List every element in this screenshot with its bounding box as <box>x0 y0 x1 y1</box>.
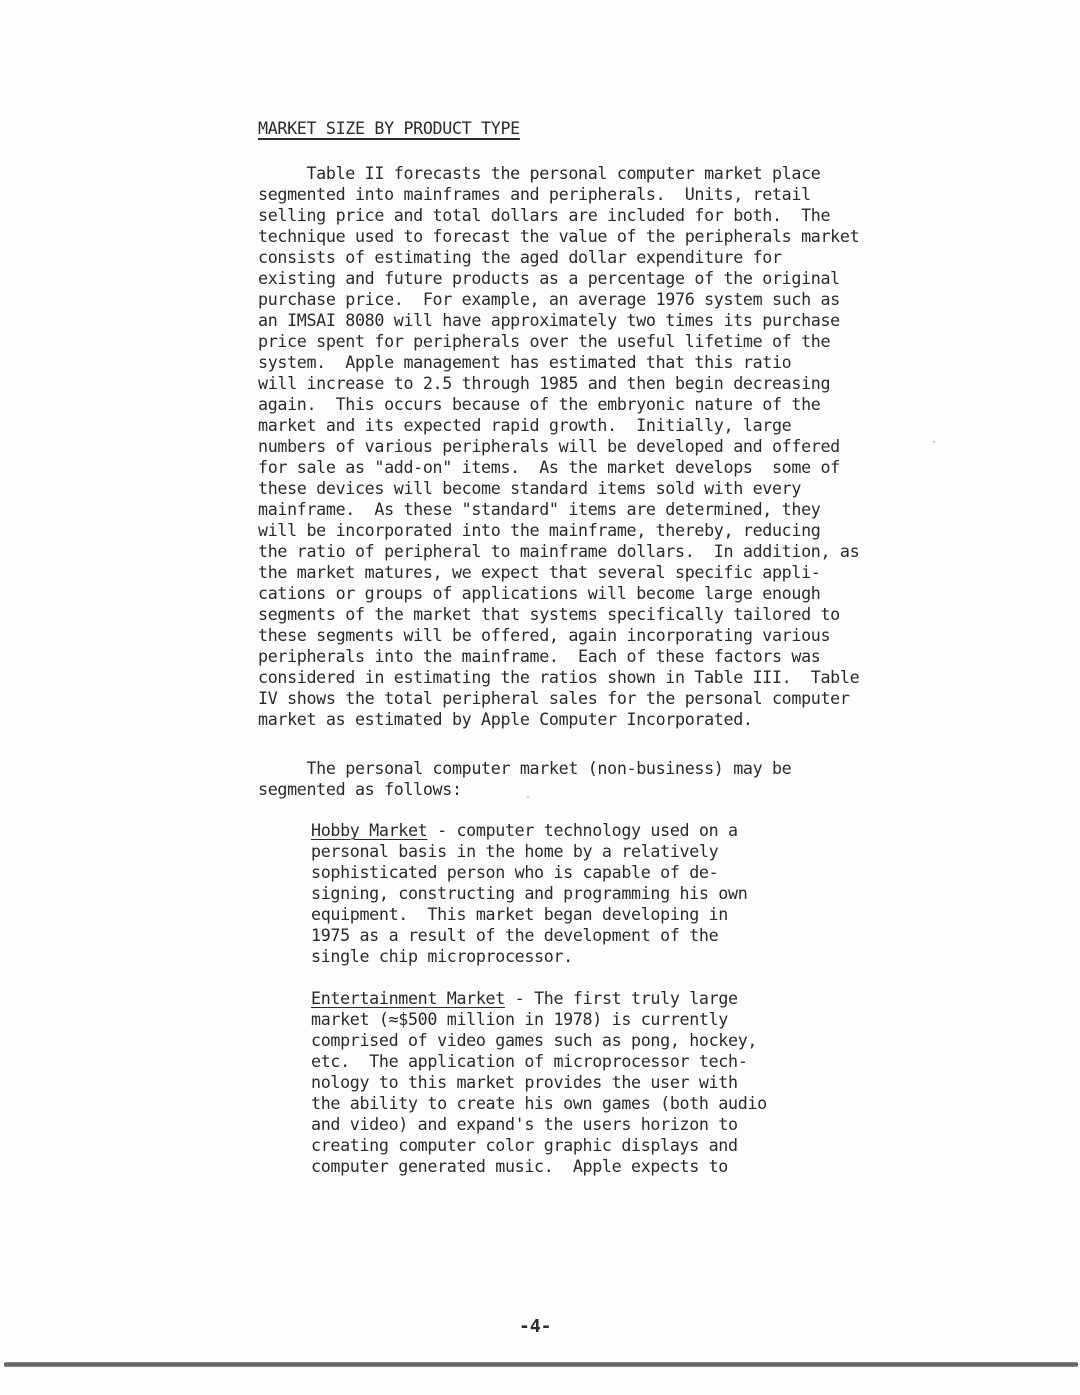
text-line: sophisticated person who is capable of d… <box>311 863 718 884</box>
text-line: cations or groups of applications will b… <box>258 584 820 605</box>
text-line: market as estimated by Apple Computer In… <box>258 710 753 731</box>
hobby-market-definition-start: - computer technology used on a <box>427 821 737 841</box>
text-line: 1975 as a result of the development of t… <box>311 926 718 947</box>
text-line: the ability to create his own games (bot… <box>311 1094 767 1115</box>
document-page: MARKET SIZE BY PRODUCT TYPE Table II for… <box>0 0 1080 1395</box>
text-line: mainframe. As these "standard" items are… <box>258 500 820 521</box>
text-line: selling price and total dollars are incl… <box>258 206 830 227</box>
text-line: market and its expected rapid growth. In… <box>258 416 791 437</box>
text-line: equipment. This market began developing … <box>311 905 728 926</box>
page-number: -4- <box>519 1316 552 1337</box>
text-line: single chip microprocessor. <box>311 947 573 968</box>
text-line: The personal computer market (non-busine… <box>258 759 791 780</box>
text-line: price spent for peripherals over the use… <box>258 332 830 353</box>
text-line: technique used to forecast the value of … <box>258 227 859 248</box>
text-line: market (≈$500 million in 1978) is curren… <box>311 1010 728 1031</box>
text-line: creating computer color graphic displays… <box>311 1136 738 1157</box>
text-line: purchase price. For example, an average … <box>258 290 840 311</box>
text-line: consists of estimating the aged dollar e… <box>258 248 782 269</box>
text-line: will be incorporated into the mainframe,… <box>258 521 820 542</box>
text-line: system. Apple management has estimated t… <box>258 353 791 374</box>
text-line: segments of the market that systems spec… <box>258 605 840 626</box>
text-line: segmented as follows: <box>258 780 462 801</box>
text-line: signing, constructing and programming hi… <box>311 884 747 905</box>
scan-speck <box>527 796 529 798</box>
text-line: an IMSAI 8080 will have approximately tw… <box>258 311 840 332</box>
text-line: Table II forecasts the personal computer… <box>258 164 820 185</box>
entertainment-market-term: Entertainment Market <box>311 989 505 1009</box>
section-title: MARKET SIZE BY PRODUCT TYPE <box>258 119 520 140</box>
text-line: will increase to 2.5 through 1985 and th… <box>258 374 830 395</box>
text-line: peripherals into the mainframe. Each of … <box>258 647 820 668</box>
text-line: numbers of various peripherals will be d… <box>258 437 840 458</box>
hobby-market-term: Hobby Market <box>311 821 427 841</box>
scan-speck <box>933 441 935 443</box>
text-line: these segments will be offered, again in… <box>258 626 830 647</box>
text-line: nology to this market provides the user … <box>311 1073 738 1094</box>
entertainment-market-first-line: Entertainment Market - The first truly l… <box>311 989 738 1010</box>
text-line: segmented into mainframes and peripheral… <box>258 185 811 206</box>
text-line: for sale as "add-on" items. As the marke… <box>258 458 840 479</box>
text-line: etc. The application of microprocessor t… <box>311 1052 747 1073</box>
text-line: comprised of video games such as pong, h… <box>311 1031 757 1052</box>
text-line: the ratio of peripheral to mainframe dol… <box>258 542 859 563</box>
text-line: existing and future products as a percen… <box>258 269 840 290</box>
text-line: IV shows the total peripheral sales for … <box>258 689 850 710</box>
text-line: considered in estimating the ratios show… <box>258 668 859 689</box>
text-line: personal basis in the home by a relative… <box>311 842 718 863</box>
text-line: these devices will become standard items… <box>258 479 801 500</box>
text-line: and video) and expand's the users horizo… <box>311 1115 738 1136</box>
text-line: computer generated music. Apple expects … <box>311 1157 728 1178</box>
bottom-rule <box>4 1362 1078 1367</box>
text-line: again. This occurs because of the embryo… <box>258 395 820 416</box>
hobby-market-first-line: Hobby Market - computer technology used … <box>311 821 738 842</box>
text-line: the market matures, we expect that sever… <box>258 563 820 584</box>
entertainment-market-definition-start: - The first truly large <box>505 989 738 1009</box>
